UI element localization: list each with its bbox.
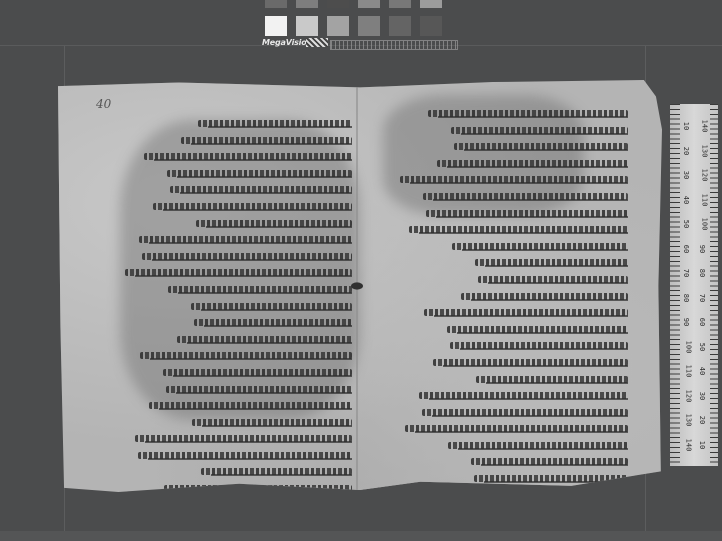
script-line [398,125,628,137]
ruler-label: 100 [684,340,692,353]
ruler-label: 60 [682,244,690,252]
script-line [120,433,352,445]
ruler-label: 40 [698,367,706,375]
ruler-label: 20 [698,416,706,424]
ruler-label: 110 [700,193,708,206]
script-line [398,158,628,170]
script-line [120,135,352,147]
script-line [120,184,352,196]
megavision-mark-icon [306,38,328,47]
script-line [120,301,352,313]
calibration-swatch [420,0,442,8]
calibration-swatch [296,0,318,8]
ruler-label: 50 [682,220,690,228]
ruler-label: 140 [684,438,692,451]
manuscript-bifolium: 40 [58,80,662,492]
ruler-label: 70 [682,269,690,277]
calibration-swatch [389,16,411,36]
script-line [120,384,352,396]
script-line [120,218,352,230]
script-line [120,251,352,263]
script-line [120,284,352,296]
ruler-label: 120 [684,389,692,402]
script-line [398,440,628,452]
ruler-label: 90 [698,244,706,252]
calibration-swatch [327,16,349,36]
calibration-swatch [296,16,318,36]
script-line [398,357,628,369]
ruler-label: 80 [682,293,690,301]
scan-background: MegaVision 40 10203040506070809010011012… [0,0,722,541]
script-line [398,340,628,352]
ruler-label: 20 [682,146,690,154]
ruler-label: 90 [682,318,690,326]
script-line [398,241,628,253]
calibration-swatch [265,0,287,8]
ruler-label: 50 [698,342,706,350]
script-line [120,234,352,246]
script-line [120,450,352,462]
folio-number: 40 [96,97,111,111]
text-column-left [120,118,352,500]
ruler-label: 40 [682,195,690,203]
calibration-swatch [358,16,380,36]
script-line [120,483,352,495]
ruler-label: 130 [700,144,708,157]
calibration-swatch [265,16,287,36]
script-line [120,267,352,279]
calibration-swatch [389,0,411,8]
bottom-band [0,531,722,541]
script-line [398,473,628,485]
script-line [120,400,352,412]
script-line [120,334,352,346]
target-scale-bar [330,40,458,50]
script-line [120,350,352,362]
script-line [398,291,628,303]
ruler-label: 60 [698,318,706,326]
script-line [398,108,628,120]
script-line [120,151,352,163]
script-line [398,407,628,419]
script-line [120,417,352,429]
script-line [398,390,628,402]
calibration-swatch [420,16,442,36]
ruler-label: 70 [698,293,706,301]
script-line [398,141,628,153]
script-line [120,118,352,130]
script-line [398,257,628,269]
script-line [398,191,628,203]
ruler-ticks-right [710,104,718,466]
ruler-label: 80 [698,269,706,277]
script-line [398,274,628,286]
fold-pin-mark [351,282,363,289]
script-line [120,317,352,329]
script-line [120,466,352,478]
ruler-label: 120 [700,169,708,182]
ruler-label: 10 [698,440,706,448]
script-line [120,367,352,379]
ruler-label: 10 [682,122,690,130]
script-line [120,168,352,180]
script-line [398,174,628,186]
measurement-ruler: 1020304050607080901001101201301401401301… [670,104,718,466]
ruler-label: 110 [684,365,692,378]
script-line [398,208,628,220]
script-line [398,224,628,236]
calibration-swatch [358,0,380,8]
megavision-logo: MegaVision [262,38,312,47]
script-line [120,201,352,213]
script-line [398,456,628,468]
script-line [398,423,628,435]
ruler-ticks-left [670,104,680,466]
calibration-swatch [327,0,349,8]
ruler-label: 140 [700,120,708,133]
ruler-label: 130 [684,414,692,427]
script-line [398,374,628,386]
text-column-right [398,108,628,506]
ruler-label: 100 [700,218,708,231]
script-line [398,324,628,336]
ruler-label: 30 [682,171,690,179]
script-line [398,490,628,502]
ruler-label: 30 [698,391,706,399]
script-line [398,307,628,319]
